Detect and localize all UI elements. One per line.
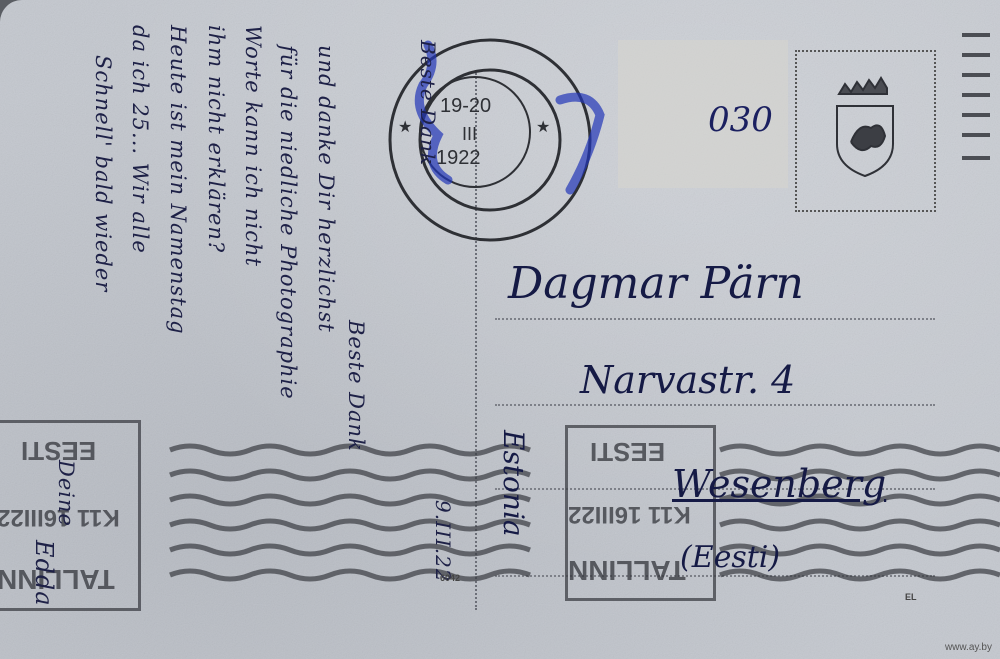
pencil-note: 030: [708, 100, 773, 140]
addressee-street: Narvastr. 4: [580, 358, 795, 402]
message-date: 9.III.22: [431, 500, 455, 583]
svg-text:★: ★: [536, 119, 550, 136]
signature: Edda: [30, 540, 58, 607]
svg-text:19-20: 19-20: [440, 95, 491, 117]
message-line: für die niedliche Photographie: [276, 45, 300, 400]
watermark: www.ay.by: [945, 642, 992, 653]
svg-text:★: ★: [398, 119, 412, 136]
stamp-placeholder: [795, 50, 936, 212]
addressee-city: Wesenberg: [672, 462, 886, 506]
message-line: Beste Dank: [344, 320, 368, 452]
message-line: Worte kann ich nicht: [241, 25, 265, 267]
addressee-country: (Eesti): [680, 540, 780, 575]
message-line: da ich 25... Wir alle: [128, 25, 152, 254]
message-line: Beste Dank: [416, 40, 440, 166]
message-line: Deine: [54, 460, 78, 527]
postcard: EESTI K11 16III22 TALLINN EESTI K11 16II…: [0, 0, 1000, 659]
printer-number: 6042: [440, 573, 460, 583]
routing-note: Estonia: [497, 430, 530, 537]
message-line: ihm nicht erklären?: [204, 25, 228, 253]
svg-text:III: III: [462, 124, 477, 144]
message-line: Schnell' bald wieder: [91, 55, 115, 292]
message-line: Heute ist mein Namenstag: [166, 25, 190, 335]
addressee-name: Dagmar Pärn: [508, 258, 804, 309]
message-line: und danke Dir herzlichst: [314, 45, 338, 333]
coat-of-arms-icon: [797, 52, 934, 210]
svg-text:1922: 1922: [436, 147, 481, 169]
printer-mark: EL: [905, 592, 917, 602]
